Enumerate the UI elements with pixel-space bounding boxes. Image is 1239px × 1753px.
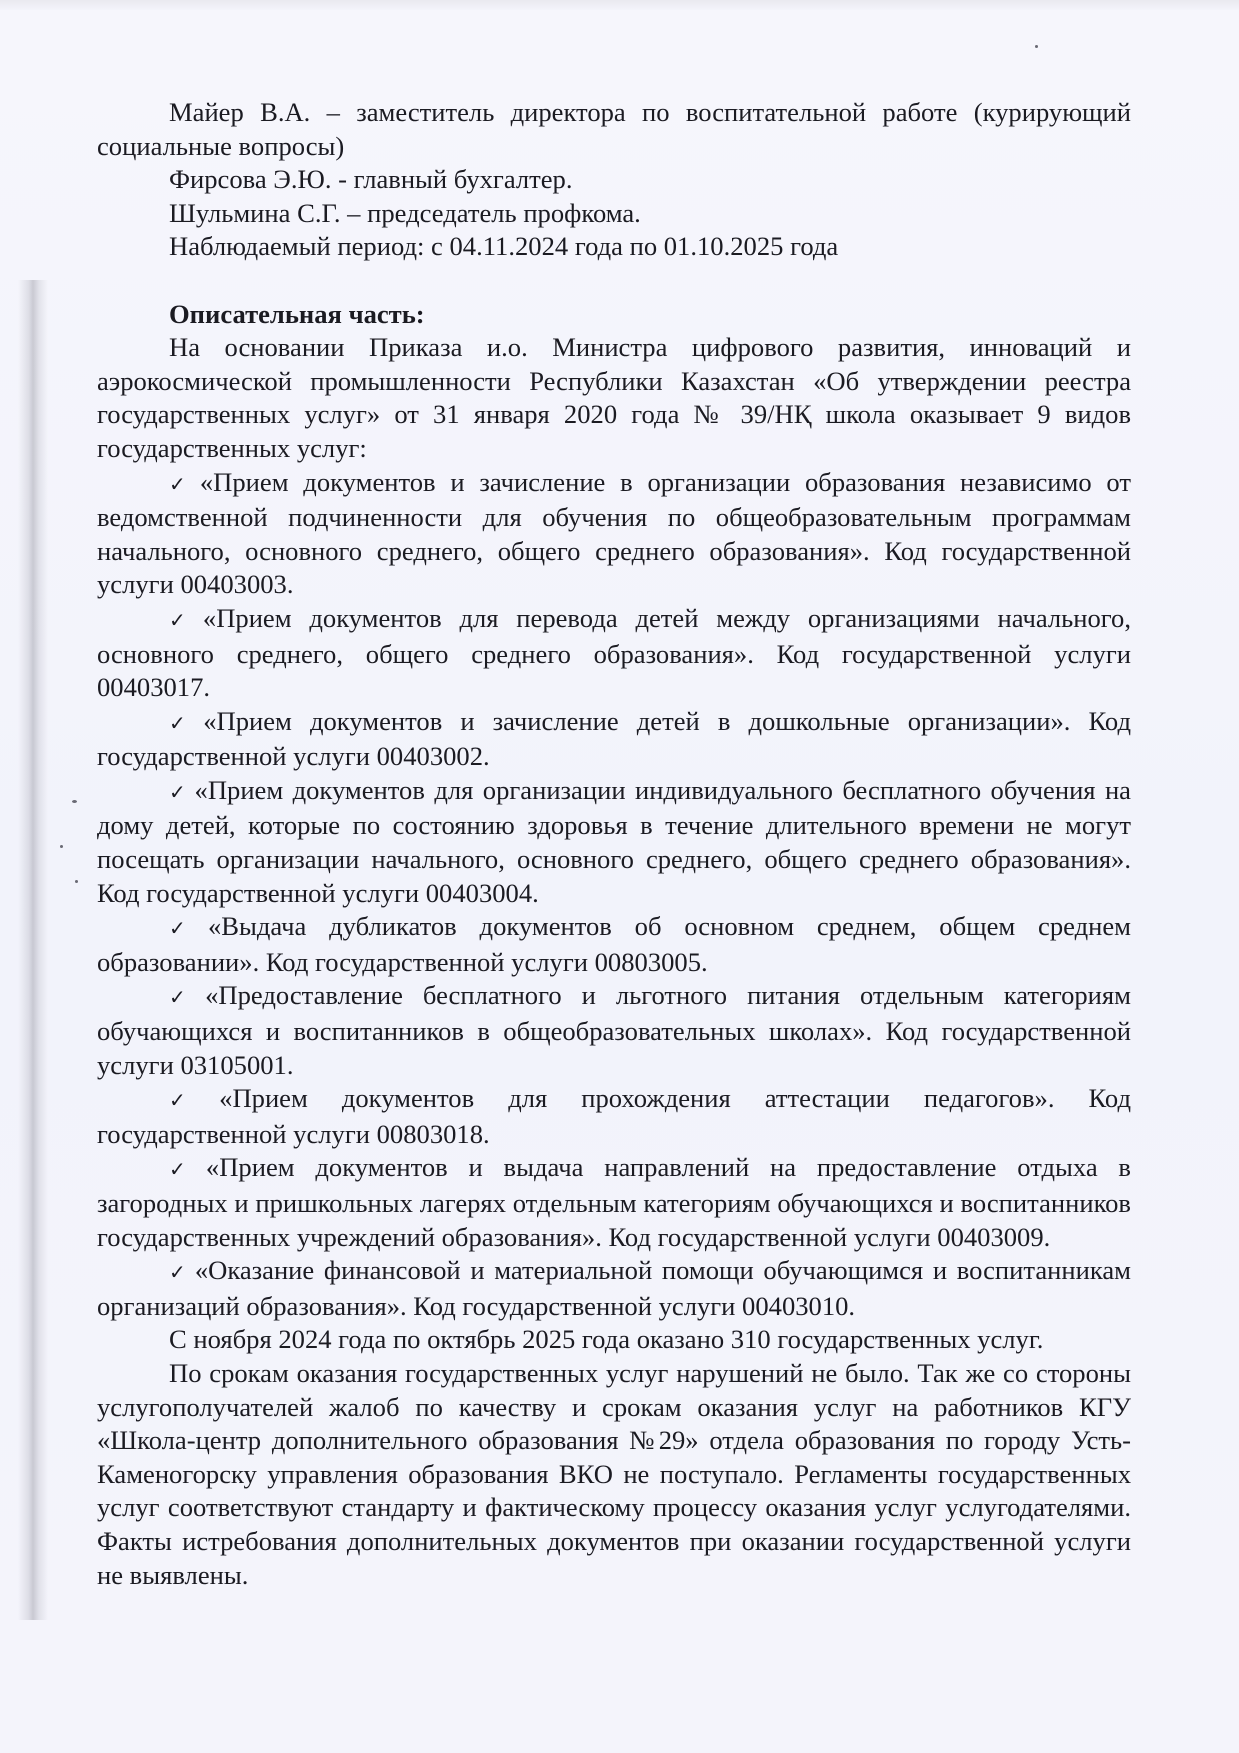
service-text: «Предоставление бесплатного и льготного … (97, 980, 1131, 1079)
service-item: ✓«Прием документов для организации индив… (97, 774, 1131, 910)
scanned-page: Майер В.А. – заместитель директора по во… (0, 0, 1239, 1753)
section-heading: Описательная часть: (97, 298, 1131, 332)
service-item: ✓«Прием документов и выдача направлений … (97, 1151, 1131, 1254)
service-item: ✓«Прием документов для прохождения аттес… (97, 1082, 1131, 1151)
staff-line-union-chair: Шульмина С.Г. – председатель профкома. (97, 197, 1131, 231)
service-item: ✓«Выдача дубликатов документов об основн… (97, 910, 1131, 979)
service-item: ✓«Прием документов и зачисление в органи… (97, 466, 1131, 602)
service-text: «Оказание финансовой и материальной помо… (97, 1255, 1131, 1321)
conclusion-paragraph: По срокам оказания государственных услуг… (97, 1357, 1131, 1592)
staff-line-deputy: Майер В.А. – заместитель директора по во… (97, 96, 1131, 163)
checkmark-icon: ✓ (169, 1157, 200, 1181)
checkmark-icon: ✓ (169, 1260, 189, 1284)
scan-speck (60, 845, 63, 848)
service-item: ✓«Оказание финансовой и материальной пом… (97, 1254, 1131, 1323)
service-text: «Прием документов для перевода детей меж… (97, 603, 1131, 702)
checkmark-icon: ✓ (169, 472, 194, 496)
service-text: «Прием документов и выдача направлений н… (97, 1152, 1131, 1251)
checkmark-icon: ✓ (169, 608, 197, 632)
service-text: «Прием документов и зачисление в организ… (97, 467, 1131, 600)
summary-paragraph: С ноября 2024 года по октябрь 2025 года … (97, 1323, 1131, 1357)
staff-line-accountant: Фирсова Э.Ю. - главный бухгалтер. (97, 163, 1131, 197)
service-item: ✓«Предоставление бесплатного и льготного… (97, 979, 1131, 1082)
document-body: Майер В.А. – заместитель директора по во… (97, 96, 1131, 1592)
service-item: ✓«Прием документов и зачисление детей в … (97, 705, 1131, 774)
service-text: «Прием документов для прохождения аттест… (97, 1083, 1131, 1149)
checkmark-icon: ✓ (169, 985, 199, 1009)
spacer (97, 264, 1131, 298)
scan-top-edge (0, 0, 1239, 10)
checkmark-icon: ✓ (169, 1088, 213, 1112)
scan-speck (72, 800, 77, 803)
service-text: «Выдача дубликатов документов об основно… (97, 911, 1131, 977)
service-text: «Прием документов для организации индиви… (97, 775, 1131, 908)
scan-speck (75, 880, 78, 883)
observation-period: Наблюдаемый период: с 04.11.2024 года по… (97, 230, 1131, 264)
checkmark-icon: ✓ (169, 780, 189, 804)
checkmark-icon: ✓ (169, 916, 202, 940)
scan-speck (1035, 45, 1038, 48)
service-item: ✓«Прием документов для перевода детей ме… (97, 602, 1131, 705)
intro-paragraph: На основании Приказа и.о. Министра цифро… (97, 331, 1131, 465)
checkmark-icon: ✓ (169, 711, 197, 735)
service-text: «Прием документов и зачисление детей в д… (97, 706, 1131, 772)
binding-shadow (18, 280, 48, 1620)
